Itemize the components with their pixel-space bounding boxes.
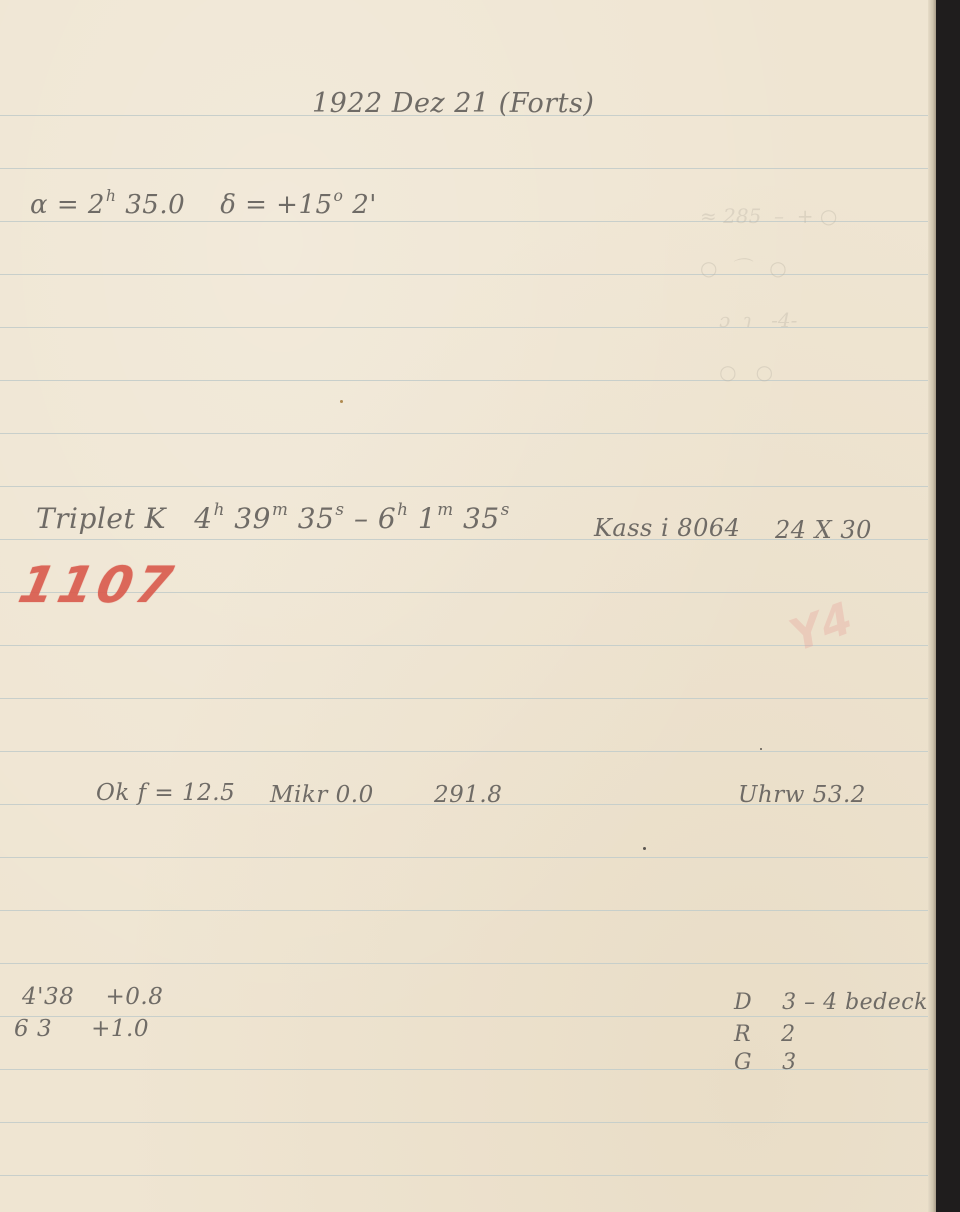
condition-row: D 3 – 4 bedeckt (734, 990, 935, 1015)
delta-label: δ = +15 (220, 190, 332, 220)
pencil-dot (643, 847, 646, 850)
rule-line (0, 1122, 928, 1123)
rule-line (0, 698, 928, 699)
plate-cassette: Kass i 8064 (594, 514, 740, 542)
end-hour: 6 (378, 502, 396, 535)
pencil-dot (340, 400, 343, 403)
end-second: 35 (463, 502, 500, 535)
rule-line (0, 168, 928, 169)
condition-key: G (734, 1050, 752, 1075)
condition-key: R (734, 1022, 751, 1047)
start-minute-unit: m (272, 499, 288, 519)
rule-line (0, 1175, 928, 1176)
show-through-marks: ≈ 285 – + ○ ○ ⌒ ○ ɔ ɿ -4- ○ ○ (700, 190, 837, 398)
log-row: 4'38 +0.8 (22, 984, 163, 1010)
condition-row: G 3 (734, 1050, 797, 1075)
instrument-name: Triplet K (36, 502, 166, 535)
rule-line (0, 910, 928, 911)
end-second-unit: s (501, 499, 510, 519)
faint-red-mark: Y4 (783, 593, 859, 662)
range-dash: – (354, 502, 369, 535)
log-value: +1.0 (91, 1016, 149, 1042)
alpha-label: α = 2 (30, 190, 105, 220)
plate-size: 24 X 30 (775, 516, 872, 544)
pencil-dot (760, 748, 762, 750)
condition-row: R 2 (734, 1022, 796, 1047)
ok-focus: Ok f = 12.5 (96, 780, 235, 806)
mikrometer: Mikr 0.0 (270, 782, 374, 808)
notebook-page: ≈ 285 – + ○ ○ ⌒ ○ ɔ ɿ -4- ○ ○ 1922 Dez 2… (0, 0, 935, 1212)
clock-reading: Uhrw 53.2 (738, 782, 866, 808)
rule-line (0, 751, 928, 752)
rule-line (0, 857, 928, 858)
rule-line (0, 645, 928, 646)
delta-arcmin: 2' (352, 190, 377, 220)
start-hour-unit: h (214, 499, 225, 519)
end-minute-unit: m (437, 499, 453, 519)
end-minute: 1 (418, 502, 436, 535)
log-value: +0.8 (105, 984, 163, 1010)
reading-value: 291.8 (434, 782, 502, 808)
rule-line (0, 486, 928, 487)
notebook-binding (936, 0, 960, 1212)
alpha-minutes: 35.0 (125, 190, 185, 220)
exposure-line: Triplet K 4h 39m 35s – 6h 1m 35s (36, 502, 510, 535)
coordinates-line: α = 2h 35.0 δ = +15o 2' (30, 190, 377, 220)
start-second-unit: s (335, 499, 344, 519)
delta-degree-unit: o (334, 187, 344, 205)
log-time: 6 3 (14, 1016, 52, 1042)
alpha-hour-unit: h (106, 187, 117, 205)
log-time: 4'38 (22, 984, 74, 1010)
page-title: 1922 Dez 21 (Forts) (312, 88, 594, 119)
condition-value: 3 – 4 bedeckt (782, 990, 935, 1015)
start-hour: 4 (194, 502, 212, 535)
end-hour-unit: h (397, 499, 408, 519)
start-minute: 39 (234, 502, 271, 535)
log-row: 6 3 +1.0 (14, 1016, 149, 1042)
condition-value: 3 (782, 1050, 797, 1075)
condition-key: D (734, 990, 752, 1015)
page-edge (928, 0, 936, 1212)
plate-number: 1107 (14, 556, 182, 614)
rule-line (0, 433, 928, 434)
start-second: 35 (298, 502, 335, 535)
condition-value: 2 (781, 1022, 796, 1047)
rule-line (0, 963, 928, 964)
